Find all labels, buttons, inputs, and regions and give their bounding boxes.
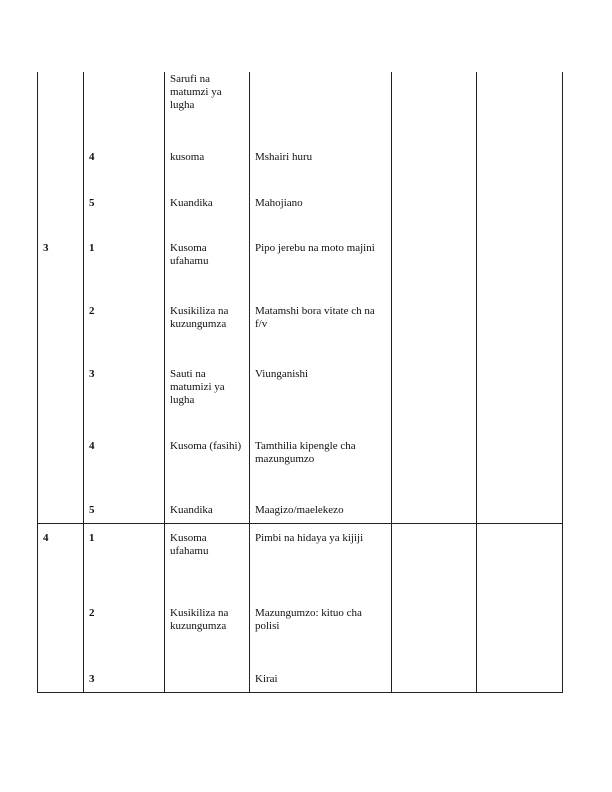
table-row: 3 Sauti na matumizi ya lugha Viunganishi (38, 356, 563, 418)
column-5-text (397, 418, 471, 440)
subtopic-text: Maagizo/maelekezo (255, 478, 386, 517)
column-5-cell (392, 293, 477, 356)
column-5-cell (392, 418, 477, 478)
lesson-number: 3 (89, 647, 159, 686)
column-6-cell (477, 73, 563, 125)
column-5-text (397, 125, 471, 151)
table-row: 3 Kirai (38, 647, 563, 693)
week-cell (38, 171, 84, 234)
subtopic-cell: Matamshi bora vitate ch na f/v (250, 293, 392, 356)
topic-cell (165, 647, 250, 693)
column-5-cell (392, 478, 477, 524)
topic-text: Kuandika (170, 171, 244, 210)
week-number (43, 356, 78, 368)
table-row: 5 Kuandika Mahojiano (38, 171, 563, 234)
subtopic-text: Kirai (255, 647, 386, 686)
topic-cell: kusoma (165, 125, 250, 171)
subtopic-cell: Tamthilia kipengle cha mazungumzo (250, 418, 392, 478)
week-cell (38, 418, 84, 478)
topic-text: Kuandika (170, 478, 244, 517)
week-number (43, 171, 78, 197)
column-6-cell (477, 293, 563, 356)
lesson-number: 3 (89, 356, 159, 381)
table-row: Sarufi na matumzi ya lugha (38, 73, 563, 125)
week-number (43, 647, 78, 673)
week-number (43, 293, 78, 305)
lesson-cell: 2 (84, 586, 165, 647)
lesson-cell: 5 (84, 478, 165, 524)
topic-cell: Kusoma ufahamu (165, 234, 250, 293)
column-5-cell (392, 125, 477, 171)
topic-text: Kusikiliza na kuzungumza (170, 293, 244, 331)
topic-text: Kusoma ufahamu (170, 524, 244, 558)
topic-cell: Sarufi na matumzi ya lugha (165, 73, 250, 125)
week-cell (38, 478, 84, 524)
column-6-cell (477, 418, 563, 478)
column-6-cell (477, 586, 563, 647)
table-row: 4 1 Kusoma ufahamu Pimbi na hidaya ya ki… (38, 524, 563, 586)
subtopic-cell: Viunganishi (250, 356, 392, 418)
lesson-cell: 1 (84, 234, 165, 293)
subtopic-cell: Pimbi na hidaya ya kijiji (250, 524, 392, 586)
subtopic-cell: Mazungumzo: kituo cha polisi (250, 586, 392, 647)
topic-cell: Kusoma ufahamu (165, 524, 250, 586)
scheme-of-work-table: Sarufi na matumzi ya lugha 4 kusoma Msha… (37, 72, 563, 693)
topic-cell: Kuandika (165, 478, 250, 524)
table-row: 5 Kuandika Maagizo/maelekezo (38, 478, 563, 524)
column-6-text (482, 171, 557, 197)
column-6-text (482, 524, 557, 532)
week-number (43, 586, 78, 607)
column-6-cell (477, 478, 563, 524)
week-number (43, 418, 78, 440)
column-6-cell (477, 356, 563, 418)
column-6-cell (477, 234, 563, 293)
subtopic-text: Mazungumzo: kituo cha polisi (255, 586, 386, 633)
subtopic-text: Pipo jerebu na moto majini (255, 234, 386, 255)
subtopic-text: Pimbi na hidaya ya kijiji (255, 524, 386, 545)
column-5-cell (392, 647, 477, 693)
subtopic-cell (250, 73, 392, 125)
week-cell (38, 293, 84, 356)
week-cell (38, 125, 84, 171)
document-page: Sarufi na matumzi ya lugha 4 kusoma Msha… (0, 0, 612, 792)
column-5-cell (392, 234, 477, 293)
topic-text: Kusikiliza na kuzungumza (170, 586, 244, 633)
table-row: 2 Kusikiliza na kuzungumza Matamshi bora… (38, 293, 563, 356)
lesson-cell: 5 (84, 171, 165, 234)
column-5-text (397, 647, 471, 673)
topic-cell: Kuandika (165, 171, 250, 234)
column-6-text (482, 586, 557, 607)
column-5-cell (392, 73, 477, 125)
lesson-cell: 3 (84, 356, 165, 418)
subtopic-text: Matamshi bora vitate ch na f/v (255, 293, 386, 331)
subtopic-cell: Kirai (250, 647, 392, 693)
column-6-cell (477, 171, 563, 234)
lesson-number: 4 (89, 418, 159, 453)
subtopic-text: Tamthilia kipengle cha mazungumzo (255, 418, 386, 466)
column-6-cell (477, 524, 563, 586)
topic-text (170, 647, 244, 673)
table-row: 4 kusoma Mshairi huru (38, 125, 563, 171)
column-5-text (397, 586, 471, 607)
subtopic-text: Mshairi huru (255, 125, 386, 164)
column-6-cell (477, 125, 563, 171)
column-5-text (397, 524, 471, 532)
lesson-number: 1 (89, 234, 159, 255)
week-cell (38, 586, 84, 647)
lesson-cell: 4 (84, 418, 165, 478)
week-number: 3 (43, 234, 78, 255)
subtopic-cell: Mahojiano (250, 171, 392, 234)
lesson-cell: 4 (84, 125, 165, 171)
subtopic-text: Viunganishi (255, 356, 386, 381)
column-6-text (482, 418, 557, 440)
column-6-text (482, 647, 557, 673)
topic-cell: Kusoma (fasihi) (165, 418, 250, 478)
lesson-cell: 2 (84, 293, 165, 356)
column-6-text (482, 293, 557, 305)
subtopic-cell: Maagizo/maelekezo (250, 478, 392, 524)
column-5-text (397, 356, 471, 368)
lesson-cell: 3 (84, 647, 165, 693)
column-5-cell (392, 356, 477, 418)
lesson-number: 5 (89, 171, 159, 210)
column-6-text (482, 356, 557, 368)
column-6-text (482, 125, 557, 151)
week-number (43, 125, 78, 151)
lesson-number: 1 (89, 524, 159, 545)
topic-text: Sauti na matumizi ya lugha (170, 356, 244, 407)
lesson-number: 2 (89, 293, 159, 318)
week-cell: 4 (38, 524, 84, 586)
table-row: 2 Kusikiliza na kuzungumza Mazungumzo: k… (38, 586, 563, 647)
lesson-number: 4 (89, 125, 159, 164)
subtopic-cell: Pipo jerebu na moto majini (250, 234, 392, 293)
topic-cell: Kusikiliza na kuzungumza (165, 293, 250, 356)
week-cell (38, 647, 84, 693)
column-5-cell (392, 524, 477, 586)
column-5-cell (392, 171, 477, 234)
column-6-text (482, 478, 557, 504)
lesson-cell (84, 73, 165, 125)
week-cell: 3 (38, 234, 84, 293)
column-5-text (397, 171, 471, 197)
week-number: 4 (43, 524, 78, 545)
subtopic-text: Mahojiano (255, 171, 386, 210)
column-5-text (397, 478, 471, 504)
week-number (43, 478, 78, 504)
column-6-cell (477, 647, 563, 693)
column-6-text (482, 234, 557, 242)
lesson-number: 5 (89, 478, 159, 517)
lesson-cell: 1 (84, 524, 165, 586)
topic-cell: Kusikiliza na kuzungumza (165, 586, 250, 647)
topic-text: Kusoma ufahamu (170, 234, 244, 268)
topic-cell: Sauti na matumizi ya lugha (165, 356, 250, 418)
column-5-text (397, 293, 471, 305)
column-5-text (397, 234, 471, 242)
topic-text: Kusoma (fasihi) (170, 418, 244, 453)
column-5-cell (392, 586, 477, 647)
topic-text: Sarufi na matumzi ya lugha (170, 73, 244, 112)
week-cell (38, 356, 84, 418)
table-row: 4 Kusoma (fasihi) Tamthilia kipengle cha… (38, 418, 563, 478)
table-row: 3 1 Kusoma ufahamu Pipo jerebu na moto m… (38, 234, 563, 293)
lesson-number: 2 (89, 586, 159, 620)
subtopic-cell: Mshairi huru (250, 125, 392, 171)
week-cell (38, 73, 84, 125)
topic-text: kusoma (170, 125, 244, 164)
